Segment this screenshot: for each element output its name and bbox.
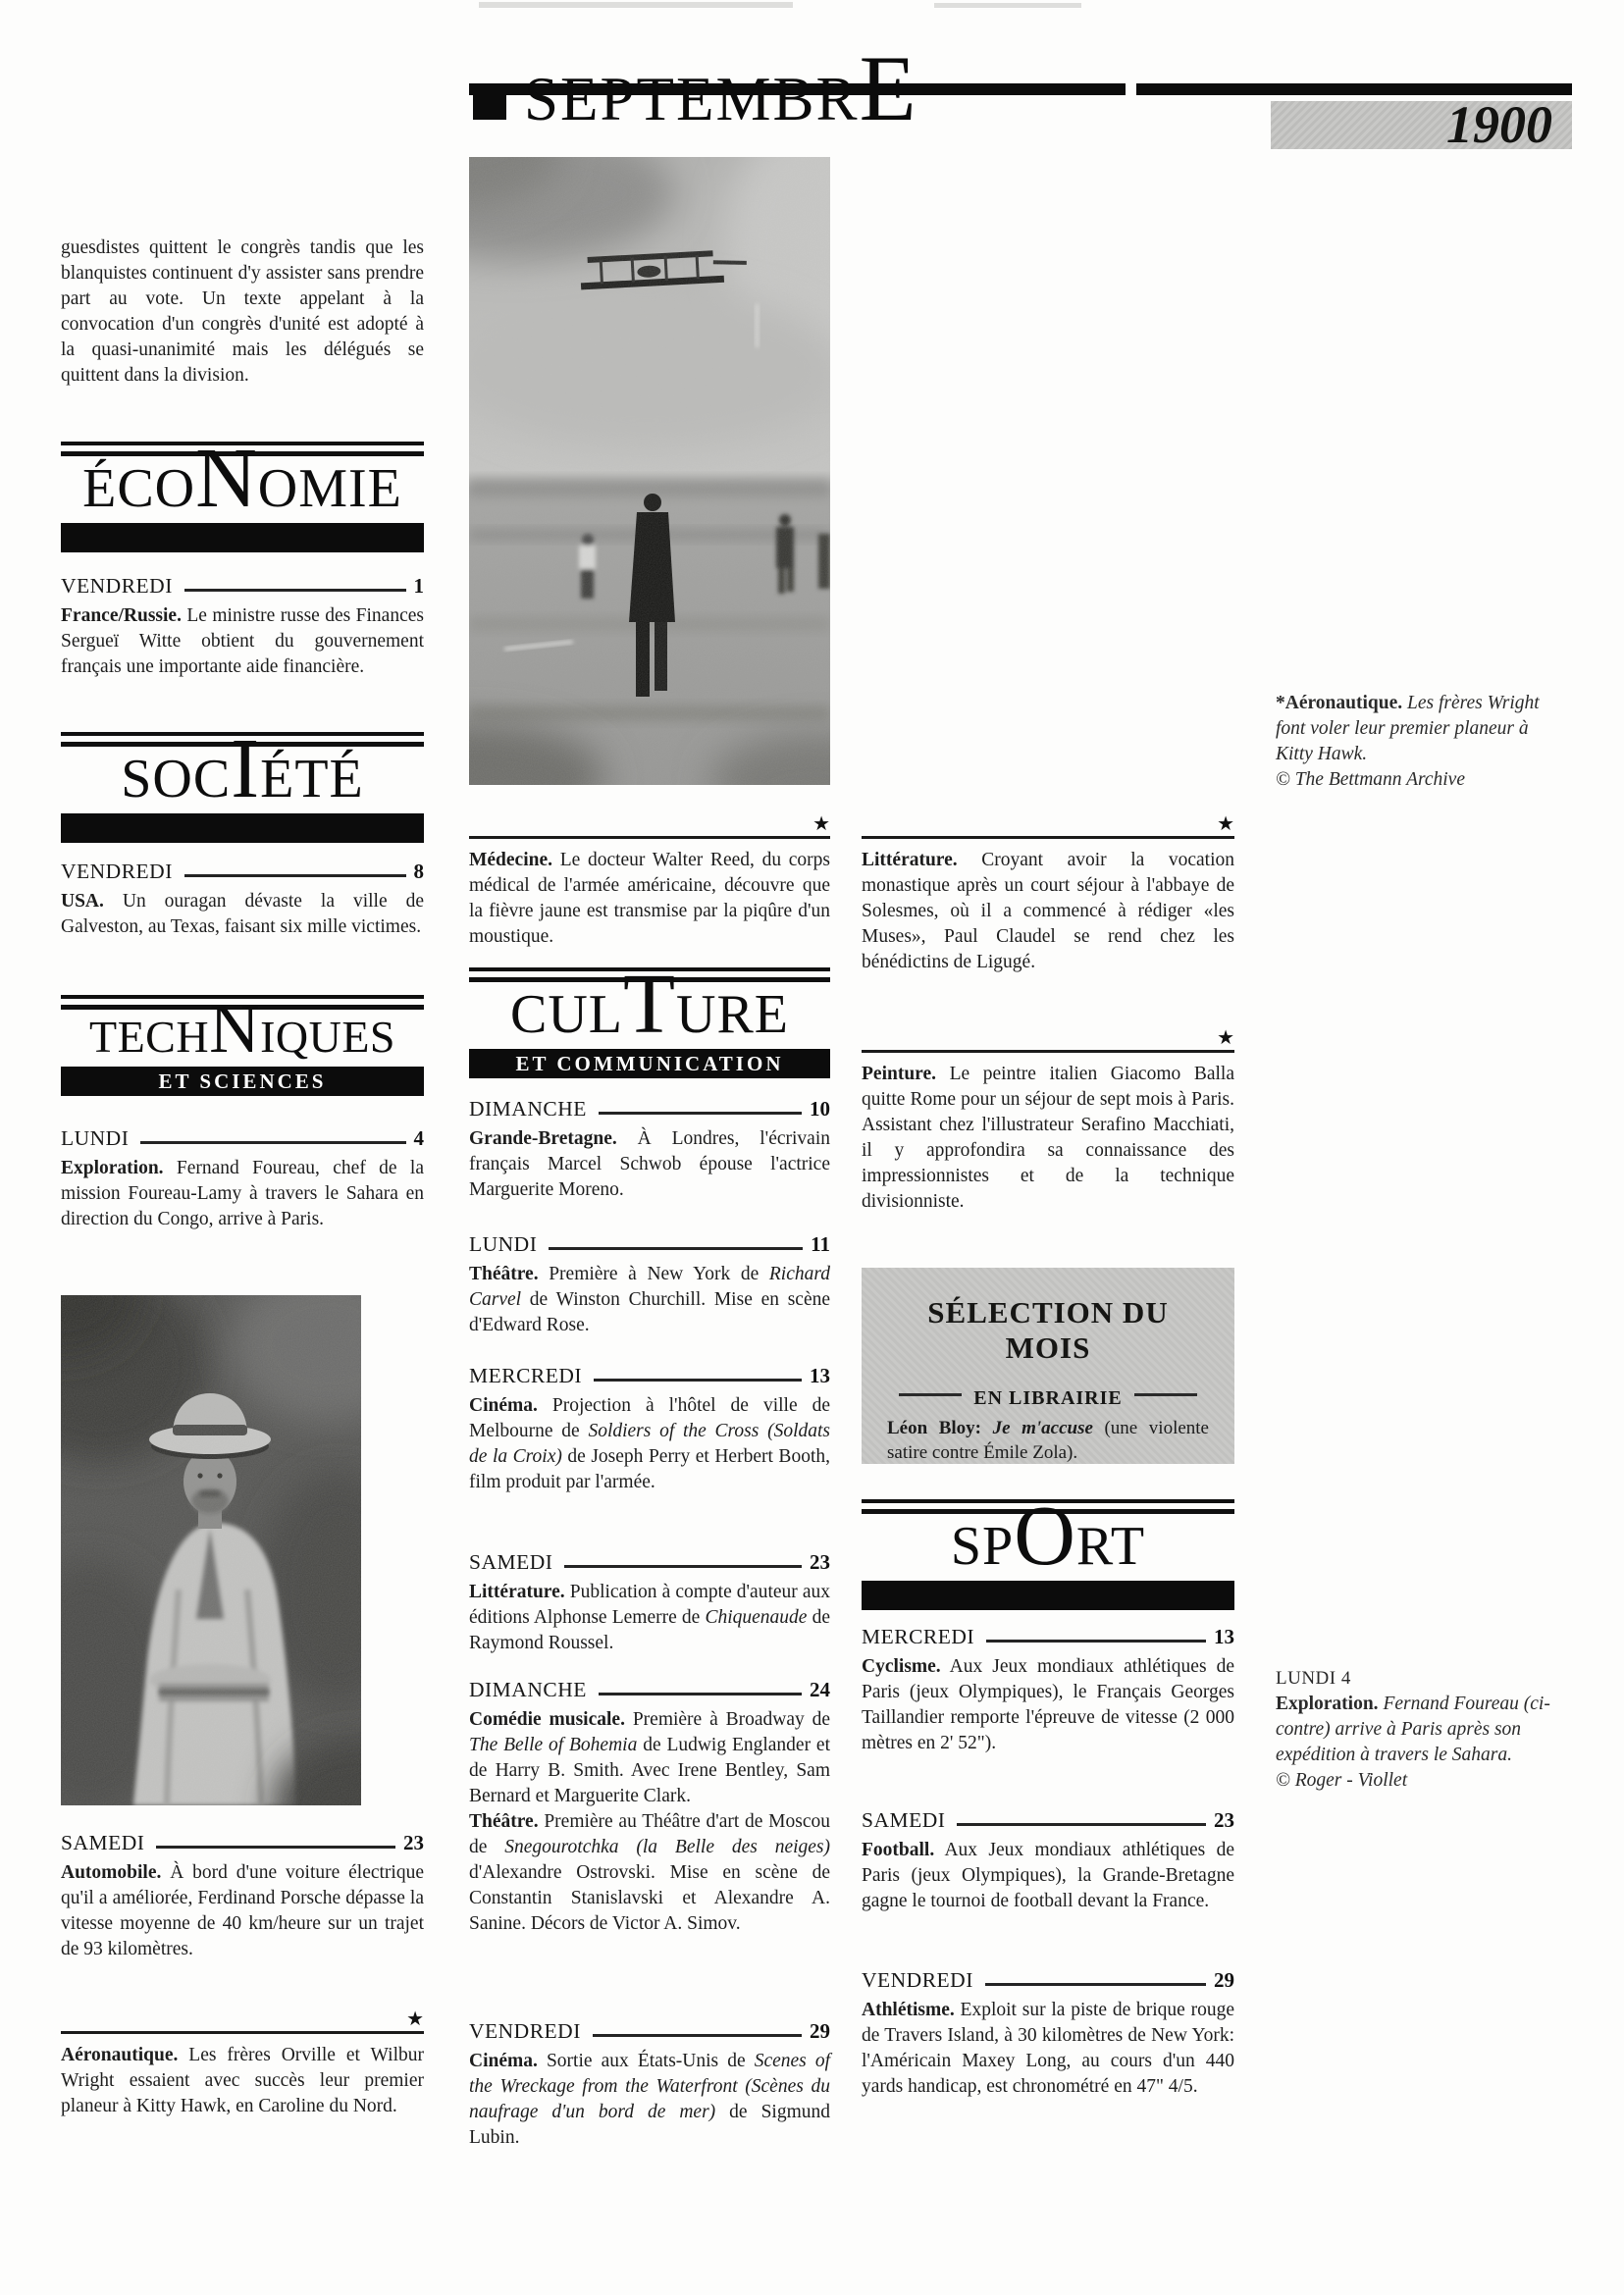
entry-text: Comédie musicale. Première à Broadway de… — [469, 1707, 830, 1809]
entry-litterature-star: ★ Littérature. Croyant avoir la vocation… — [862, 822, 1234, 975]
text-run: Un ouragan dévaste la ville de Galveston… — [61, 891, 424, 937]
caption-text: Exploration. Fernand Foureau (ci-contre)… — [1276, 1692, 1550, 1768]
entry-text: Athlétisme. Exploit sur la piste de briq… — [862, 1998, 1234, 2100]
section-bar: ET SCIENCES — [61, 1067, 424, 1096]
selection-du-mois-box: SÉLECTION DU MOIS EN LIBRAIRIE Léon Bloy… — [862, 1268, 1234, 1464]
text-run: Léon Bloy: — [887, 1418, 981, 1438]
text-run: d'Alexandre Ostrovski. Mise en scène de … — [469, 1862, 830, 1934]
entry-daynum: 8 — [414, 860, 425, 884]
entry-date: LUNDI 11 — [469, 1232, 830, 1257]
entry-daynum: 4 — [414, 1126, 425, 1151]
entry-daynum: 24 — [810, 1678, 830, 1702]
photo-caption-foureau: LUNDI 4 Exploration. Fernand Foureau (ci… — [1276, 1666, 1550, 1794]
star-rule: ★ — [862, 822, 1234, 839]
entry-date: MERCREDI 13 — [469, 1364, 830, 1388]
selection-subheading: EN LIBRAIRIE — [887, 1387, 1209, 1410]
entry-date: VENDREDI 29 — [862, 1968, 1234, 1993]
entry-day: LUNDI — [61, 1126, 129, 1151]
date-rule — [549, 1247, 803, 1250]
entry-day: VENDREDI — [61, 860, 173, 884]
entry-day: SAMEDI — [862, 1808, 945, 1833]
month-title-big-letter: E — [860, 36, 918, 140]
text-run: © Roger - Viollet — [1276, 1770, 1407, 1791]
sub-rule — [899, 1393, 962, 1396]
date-rule — [140, 1141, 405, 1144]
entry-day: SAMEDI — [469, 1550, 552, 1575]
text-run: Je m'accuse — [981, 1418, 1093, 1438]
date-rule — [957, 1823, 1206, 1826]
entry-text: Peinture. Le peintre italien Giacomo Bal… — [862, 1062, 1234, 1215]
entry-date: SAMEDI 23 — [61, 1831, 424, 1855]
date-rule — [599, 1112, 802, 1115]
entry-culture-dimanche-10: DIMANCHE 10 Grande-Bretagne. À Londres, … — [469, 1097, 830, 1203]
date-rule — [594, 1379, 802, 1382]
text-run: Peinture. — [862, 1064, 936, 1084]
caption-credit: © The Bettmann Archive — [1276, 767, 1541, 793]
entry-day: VENDREDI — [862, 1968, 973, 1993]
entry-culture-mercredi-13: MERCREDI 13 Cinéma. Projection à l'hôtel… — [469, 1364, 830, 1495]
text-run: Littérature. — [862, 850, 958, 870]
star-icon: ★ — [812, 814, 830, 834]
entry-text: Aéronautique. Les frères Orville et Wilb… — [61, 2043, 424, 2119]
intro-paragraph: guesdistes quittent le congrès tandis qu… — [61, 235, 424, 389]
entry-text: Littérature. Croyant avoir la vocation m… — [862, 848, 1234, 975]
year-badge: 1900 — [1271, 101, 1572, 149]
date-rule — [184, 874, 406, 877]
text-run: Littérature. — [469, 1582, 565, 1602]
text-run: Comédie musicale. — [469, 1709, 625, 1730]
text-run: de Winston Churchill. Mise en scène d'Ed… — [469, 1289, 830, 1335]
date-rule — [184, 589, 406, 592]
entry-date: VENDREDI 1 — [61, 574, 424, 599]
entry-date: MERCREDI 13 — [862, 1625, 1234, 1649]
entry-day: VENDREDI — [61, 574, 173, 599]
section-bar — [862, 1581, 1234, 1610]
entry-daynum: 1 — [414, 574, 425, 599]
date-rule — [593, 2034, 802, 2037]
entry-day: VENDREDI — [469, 2019, 581, 2044]
entry-date: SAMEDI 23 — [469, 1550, 830, 1575]
entry-text: Médecine. Le docteur Walter Reed, du cor… — [469, 848, 830, 950]
section-title: SPORT — [862, 1519, 1234, 1574]
text-run: Cinéma. — [469, 2051, 538, 2071]
star-icon: ★ — [1217, 1028, 1234, 1048]
entry-date: VENDREDI 29 — [469, 2019, 830, 2044]
text-run: USA. — [61, 891, 104, 912]
entry-day: LUNDI — [469, 1232, 537, 1257]
text-run: © The Bettmann Archive — [1276, 769, 1465, 790]
entry-day: MERCREDI — [862, 1625, 974, 1649]
selection-sub-label: EN LIBRAIRIE — [973, 1387, 1122, 1410]
text-run: Sortie aux États-Unis de — [538, 2051, 755, 2071]
entry-text: Cyclisme. Aux Jeux mondiaux athlétiques … — [862, 1654, 1234, 1756]
entry-daynum: 10 — [810, 1097, 830, 1121]
entry-date: LUNDI 4 — [61, 1126, 424, 1151]
section-title: ÉCONOMIE — [61, 461, 424, 516]
square-bullet-icon — [473, 86, 506, 120]
header-rule-right — [1136, 83, 1572, 95]
star-icon: ★ — [406, 2009, 424, 2029]
date-rule — [564, 1565, 802, 1568]
entry-date: DIMANCHE 10 — [469, 1097, 830, 1121]
section-header-culture: CULTURE ET COMMUNICATION — [469, 967, 830, 1078]
text-run — [759, 1421, 767, 1441]
entry-daynum: 29 — [810, 2019, 830, 2044]
entry-text: Théâtre. Première au Théâtre d'art de Mo… — [469, 1809, 830, 1937]
text-run: Athlétisme. — [862, 2000, 955, 2020]
star-rule: ★ — [61, 2017, 424, 2034]
entry-daynum: 13 — [810, 1364, 830, 1388]
star-rule: ★ — [469, 822, 830, 839]
date-rule — [156, 1846, 395, 1849]
entry-culture-lundi-11: LUNDI 11 Théâtre. Première à New York de… — [469, 1232, 830, 1338]
entry-daynum: 13 — [1214, 1625, 1234, 1649]
entry-text: Exploration. Fernand Foureau, chef de la… — [61, 1156, 424, 1232]
text-run: Grande-Bretagne. — [469, 1128, 617, 1149]
entry-text: Cinéma. Sortie aux États-Unis de Scenes … — [469, 2049, 830, 2151]
text-run: Chiquenaude — [705, 1607, 807, 1628]
page-title: SEPTEMBRE — [473, 61, 918, 138]
entry-daynum: 23 — [403, 1831, 424, 1855]
text-run: Théâtre. — [469, 1264, 539, 1284]
sub-rule — [1134, 1393, 1197, 1396]
entry-economie-vendredi-1: VENDREDI 1 France/Russie. Le ministre ru… — [61, 574, 424, 680]
text-run: *Aéronautique. — [1276, 693, 1402, 713]
entry-sport-mercredi-13: MERCREDI 13 Cyclisme. Aux Jeux mondiaux … — [862, 1625, 1234, 1756]
entry-sport-samedi-23: SAMEDI 23 Football. Aux Jeux mondiaux at… — [862, 1808, 1234, 1914]
caption-date: LUNDI 4 — [1276, 1666, 1550, 1692]
text-run: Le peintre italien Giacomo Balla quitte … — [862, 1064, 1234, 1212]
foureau-portrait-photo — [61, 1295, 361, 1805]
entry-day: MERCREDI — [469, 1364, 582, 1388]
month-title: SEPTEMBR — [524, 65, 860, 133]
entry-date: VENDREDI 8 — [61, 860, 424, 884]
entry-sport-vendredi-29: VENDREDI 29 Athlétisme. Exploit sur la p… — [862, 1968, 1234, 2100]
text-run: Théâtre. — [469, 1811, 539, 1832]
print-artifact — [479, 2, 793, 8]
entry-techniques-lundi-4: LUNDI 4 Exploration. Fernand Foureau, ch… — [61, 1126, 424, 1232]
text-run: Snegourotchka (la Belle des neiges) — [504, 1837, 830, 1857]
entry-medecine-star: ★ Médecine. Le docteur Walter Reed, du c… — [469, 822, 830, 950]
section-header-societe: SOCIÉTÉ — [61, 732, 424, 843]
entry-daynum: 23 — [1214, 1808, 1234, 1833]
entry-culture-vendredi-29: VENDREDI 29 Cinéma. Sortie aux États-Uni… — [469, 2019, 830, 2151]
date-rule — [599, 1693, 802, 1695]
section-bar: ET COMMUNICATION — [469, 1049, 830, 1078]
text-run: guesdistes quittent le congrès tandis qu… — [61, 237, 424, 386]
entry-aeronautique-star: ★ Aéronautique. Les frères Orville et Wi… — [61, 2017, 424, 2119]
print-artifact — [934, 3, 1081, 8]
section-title: SOCIÉTÉ — [61, 752, 424, 807]
magazine-page: SEPTEMBRE 1900 guesdistes quittent le co… — [0, 0, 1624, 2295]
wright-glider-photo — [469, 157, 830, 785]
entry-daynum: 23 — [810, 1550, 830, 1575]
date-rule — [986, 1640, 1206, 1643]
entry-peinture-star: ★ Peinture. Le peintre italien Giacomo B… — [862, 1036, 1234, 1215]
star-rule: ★ — [862, 1036, 1234, 1053]
section-header-techniques: TECHNIQUES ET SCIENCES — [61, 995, 424, 1096]
entry-date: DIMANCHE 24 — [469, 1678, 830, 1702]
entry-date: SAMEDI 23 — [862, 1808, 1234, 1833]
entry-daynum: 11 — [811, 1232, 830, 1257]
section-header-sport: SPORT — [862, 1499, 1234, 1610]
text-run: France/Russie. — [61, 605, 182, 626]
text-run: Première à New York de — [539, 1264, 769, 1284]
entry-daynum: 29 — [1214, 1968, 1234, 1993]
text-run: Médecine. — [469, 850, 552, 870]
text-run: Cyclisme. — [862, 1656, 941, 1677]
text-run: Exploration. — [61, 1158, 164, 1178]
entry-text: France/Russie. Le ministre russe des Fin… — [61, 603, 424, 680]
caption-credit: © Roger - Viollet — [1276, 1768, 1550, 1794]
text-run: Exploration. — [1276, 1694, 1379, 1714]
text-run: Football. — [862, 1840, 934, 1860]
entry-text: Littérature. Publication à compte d'aute… — [469, 1580, 830, 1656]
entry-text: Automobile. À bord d'une voiture électri… — [61, 1860, 424, 1962]
section-title: TECHNIQUES — [61, 1015, 424, 1060]
entry-text: Théâtre. Première à New York de Richard … — [469, 1262, 830, 1338]
entry-text: Grande-Bretagne. À Londres, l'écrivain f… — [469, 1126, 830, 1203]
date-rule — [985, 1983, 1206, 1986]
text-run: Cinéma. — [469, 1395, 538, 1416]
star-icon: ★ — [1217, 814, 1234, 834]
entry-day: SAMEDI — [61, 1831, 144, 1855]
section-header-economie: ÉCONOMIE — [61, 442, 424, 552]
section-bar — [61, 813, 424, 843]
text-run: Première à Broadway de — [625, 1709, 830, 1730]
entry-text: USA. Un ouragan dévaste la ville de Galv… — [61, 889, 424, 940]
text-run: Aéronautique. — [61, 2045, 178, 2065]
entry-culture-samedi-23: SAMEDI 23 Littérature. Publication à com… — [469, 1550, 830, 1656]
entry-text: Football. Aux Jeux mondiaux athlétiques … — [862, 1838, 1234, 1914]
section-bar — [61, 523, 424, 552]
photo-caption-wright: *Aéronautique. Les frères Wright font vo… — [1276, 691, 1541, 793]
section-title: CULTURE — [469, 987, 830, 1042]
caption-text: *Aéronautique. Les frères Wright font vo… — [1276, 691, 1541, 767]
text-run: The Belle of Bohemia — [469, 1735, 637, 1755]
selection-text: Léon Bloy: Je m'accuse (une violente sat… — [887, 1416, 1209, 1465]
entry-culture-dimanche-24: DIMANCHE 24 Comédie musicale. Première à… — [469, 1678, 830, 1937]
entry-day: DIMANCHE — [469, 1097, 587, 1121]
entry-text: Cinéma. Projection à l'hôtel de ville de… — [469, 1393, 830, 1495]
text-run: Automobile. — [61, 1862, 161, 1883]
entry-day: DIMANCHE — [469, 1678, 587, 1702]
text-run: Soldiers of the Cross — [588, 1421, 759, 1441]
entry-automobile-samedi-23: SAMEDI 23 Automobile. À bord d'une voitu… — [61, 1831, 424, 1962]
entry-societe-vendredi-8: VENDREDI 8 USA. Un ouragan dévaste la vi… — [61, 860, 424, 940]
selection-title: SÉLECTION DU MOIS — [887, 1295, 1209, 1366]
